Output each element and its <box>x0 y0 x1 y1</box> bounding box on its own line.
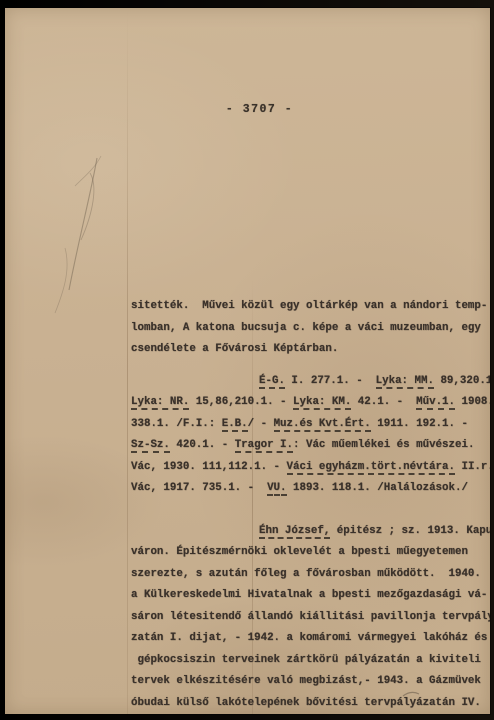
underlined-reference: Muz.és Kvt.Ért. <box>274 418 371 432</box>
text-line: csendélete a Fővárosi Képtárban. <box>131 339 490 361</box>
text-line: sitették. Művei közül egy oltárkép van a… <box>131 296 490 318</box>
text-segment: tervek elkészitésére való megbizást,- 19… <box>131 675 481 687</box>
text-segment: 15,86,210.1. - <box>189 396 293 408</box>
underlined-reference: E.B. <box>222 418 248 432</box>
references-paragraph: É-G. I. 277.1. - Lyka: MM. 89,320.1.-Lyk… <box>131 371 490 500</box>
text-segment: Vác, 1917. 735.1. - <box>131 482 267 494</box>
underlined-reference: Lyka: NR. <box>131 396 189 410</box>
text-segment: óbudai külső lakótelepének bővitési terv… <box>131 697 481 709</box>
text-segment: sitették. Művei közül egy oltárkép van a… <box>131 300 487 312</box>
text-segment: épitész ; sz. 1913. Kapu- <box>330 525 490 537</box>
text-segment: 89,320.1.- <box>434 375 490 387</box>
continuation-paragraph: sitették. Művei közül egy oltárkép van a… <box>131 296 490 361</box>
text-line: sáron létesitendő állandó kiállitási pav… <box>131 607 490 629</box>
text-line: 338.1. /F.I.: E.B./ - Muz.és Kvt.Ért. 19… <box>131 414 490 436</box>
text-segment: / - <box>248 418 274 430</box>
text-line: Vác, 1917. 735.1. - VU. 1893. 118.1. /Ha… <box>131 478 490 500</box>
scanned-document-screenshot: { "page": { "number": "- 3707 -", "kind"… <box>0 0 494 720</box>
scanned-page: - 3707 - sitették. Művei közül egy oltár… <box>5 8 490 714</box>
text-segment: 1893. 118.1. /Halálozások./ <box>287 482 468 494</box>
text-line: a Külkereskedelmi Hivatalnak a bpesti me… <box>131 585 490 607</box>
typewritten-text: sitették. Művei közül egy oltárkép van a… <box>131 296 490 714</box>
underlined-reference: Tragor I. <box>235 439 293 453</box>
underlined-reference: Sz-Sz. <box>131 439 170 453</box>
text-line: É-G. I. 277.1. - Lyka: MM. 89,320.1.- <box>131 371 490 393</box>
text-line: szerezte, s azután főleg a fővárosban mű… <box>131 564 490 586</box>
text-segment: sáron létesitendő állandó kiállitási pav… <box>131 611 490 623</box>
text-segment: 42.1. - <box>351 396 416 408</box>
text-segment: 1908. <box>455 396 490 408</box>
text-line: Sz-Sz. 420.1. - Tragor I.: Vác műemlékei… <box>131 435 490 457</box>
text-segment: csendélete a Fővárosi Képtárban. <box>131 343 338 355</box>
underlined-reference: Lyka: MM. <box>376 375 434 389</box>
text-segment: I. 277.1. - <box>285 375 376 387</box>
text-segment: II.r. <box>455 461 490 473</box>
underlined-reference: Műv.1. <box>416 396 455 410</box>
text-segment: váron. Épitészmérnöki oklevelét a bpesti… <box>131 546 468 558</box>
underlined-reference: Éhn József, <box>259 525 330 539</box>
text-line: lomban, A katona bucsuja c. képe a váci … <box>131 318 490 340</box>
underlined-reference: VU. <box>267 482 286 496</box>
text-line: óbudai külső lakótelepének bővitési terv… <box>131 693 490 715</box>
new-entry-paragraph: Éhn József, épitész ; sz. 1913. Kapu-vár… <box>131 521 490 715</box>
text-line: zatán I. dijat, - 1942. a komáromi várme… <box>131 628 490 650</box>
text-line: Vác, 1930. 111,112.1. - Váci egyházm.tör… <box>131 457 490 479</box>
text-segment: 1911. 192.1. - <box>371 418 468 430</box>
text-line: gépkocsiszin terveinek zártkörü pályázat… <box>131 650 490 672</box>
text-segment: zatán I. dijat, - 1942. a komáromi várme… <box>131 632 487 644</box>
text-line: Éhn József, épitész ; sz. 1913. Kapu- <box>131 521 490 543</box>
text-line: váron. Épitészmérnöki oklevelét a bpesti… <box>131 542 490 564</box>
text-segment: gépkocsiszin terveinek zártkörü pályázat… <box>131 654 481 666</box>
text-segment: 338.1. /F.I.: <box>131 418 222 430</box>
text-line: tervek elkészitésére való megbizást,- 19… <box>131 671 490 693</box>
text-segment: a Külkereskedelmi Hivatalnak a bpesti me… <box>131 589 487 601</box>
page-number: - 3707 - <box>17 103 490 116</box>
underlined-reference: É-G. <box>259 375 285 389</box>
underlined-reference: Lyka: KM. <box>293 396 351 410</box>
text-line: Lyka: NR. 15,86,210.1. - Lyka: KM. 42.1.… <box>131 392 490 414</box>
underlined-reference: Váci egyházm.tört.névtára. <box>287 461 455 475</box>
text-segment: Vác, 1930. 111,112.1. - <box>131 461 287 473</box>
text-segment: 420.1. - <box>170 439 235 451</box>
text-segment: lomban, A katona bucsuja c. képe a váci … <box>131 322 481 334</box>
text-segment: : Vác műemlékei és művészei. <box>293 439 474 451</box>
text-segment: szerezte, s azután főleg a fővárosban mű… <box>131 568 481 580</box>
